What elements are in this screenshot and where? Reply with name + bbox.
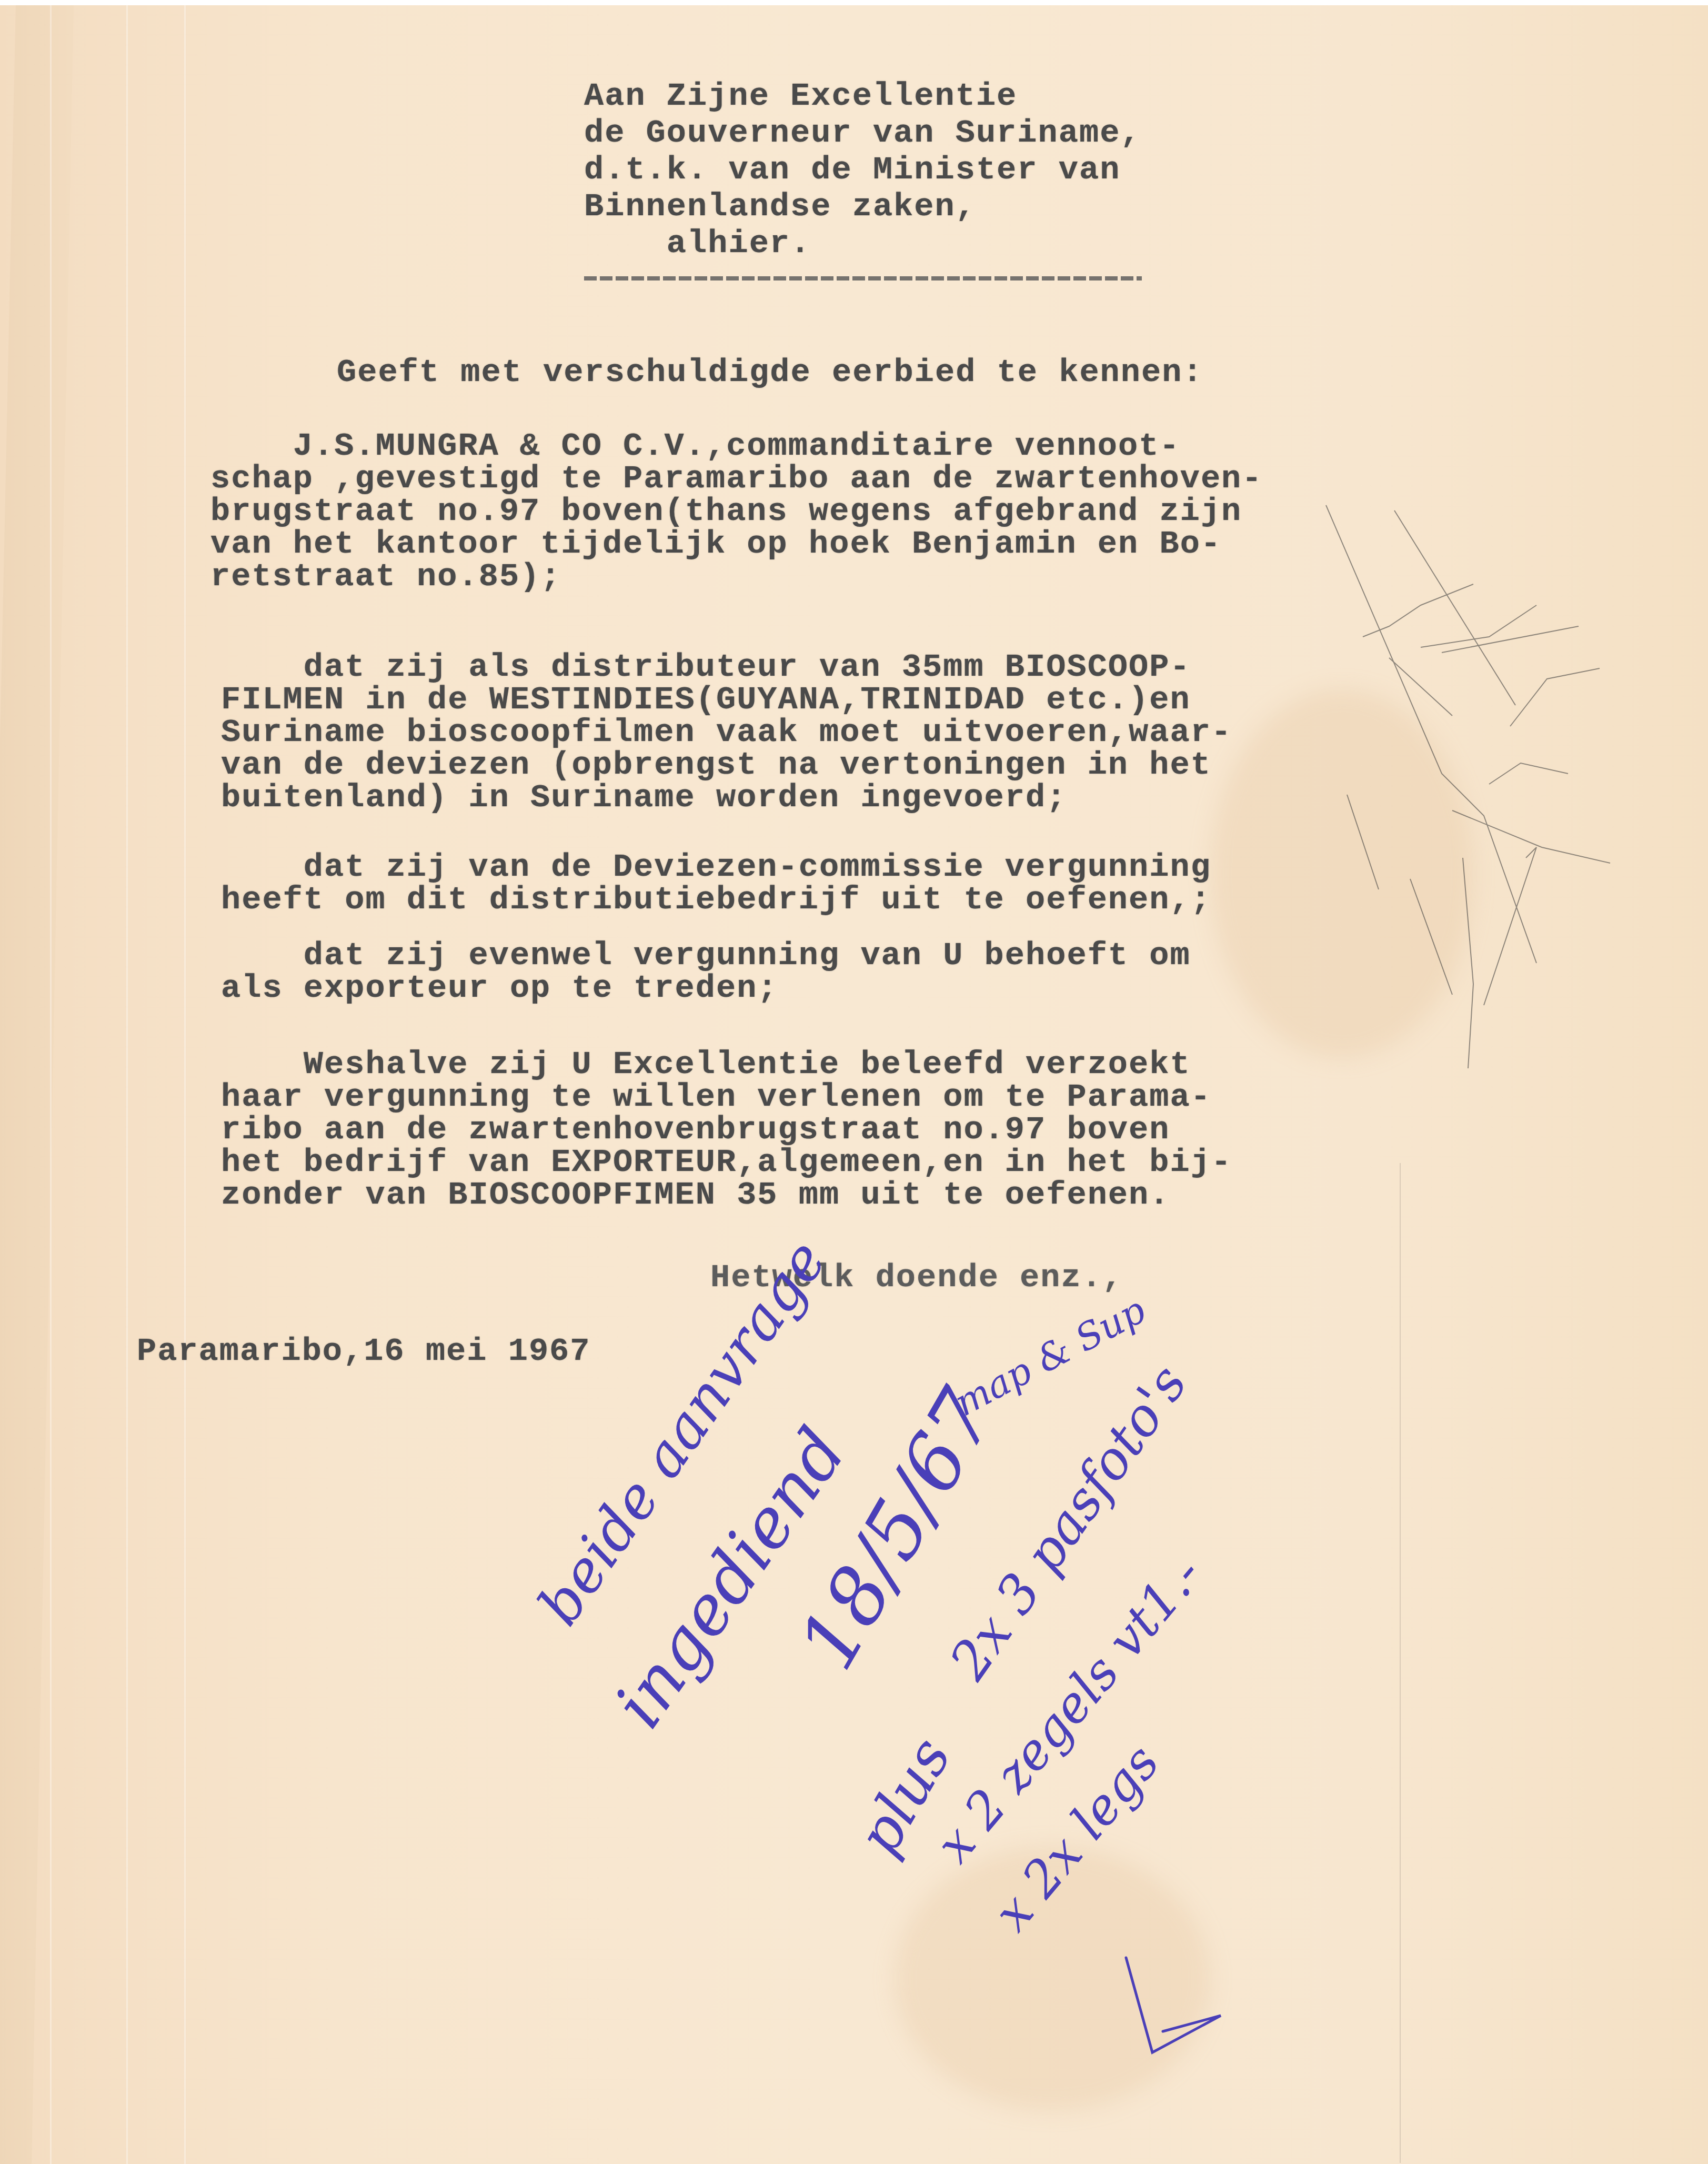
underlying-sheet-edge xyxy=(0,5,74,2164)
paper-fold-line xyxy=(184,5,186,2164)
paper-fold-line xyxy=(126,5,128,2164)
dashed-underline-rule xyxy=(584,276,1142,280)
paragraph-line: buitenland) in Suriname worden ingevoerd… xyxy=(221,778,1067,818)
opening-line: Geeft met verschuldigde eerbied te kenne… xyxy=(337,353,1203,393)
paragraph-line: retstraat no.85); xyxy=(210,557,561,597)
paper-fold-line xyxy=(1400,1163,1401,2163)
addressee-line: Binnenlandse zaken, xyxy=(584,187,976,227)
handwritten-initials-icon xyxy=(1121,1952,1226,2058)
scanned-letter-page: Aan Zijne Excellentie de Gouverneur van … xyxy=(0,5,1708,2164)
paragraph-line: heeft om dit distributiebedrijf uit te o… xyxy=(221,880,1211,920)
paragraph-line: als exporteur op te treden; xyxy=(221,968,778,1008)
addressee-line: alhier. xyxy=(584,224,811,264)
paper-fold-line xyxy=(50,5,52,2164)
paragraph-line: zonder van BIOSCOOPFIMEN 35 mm uit te oe… xyxy=(221,1175,1170,1215)
addressee-line: de Gouverneur van Suriname, xyxy=(584,113,1141,153)
addressee-line: Aan Zijne Excellentie xyxy=(584,76,1017,116)
pencil-crease-marks xyxy=(1315,479,1708,1426)
addressee-line: d.t.k. van de Minister van xyxy=(584,150,1120,190)
place-date: Paramaribo,16 mei 1967 xyxy=(137,1331,591,1371)
